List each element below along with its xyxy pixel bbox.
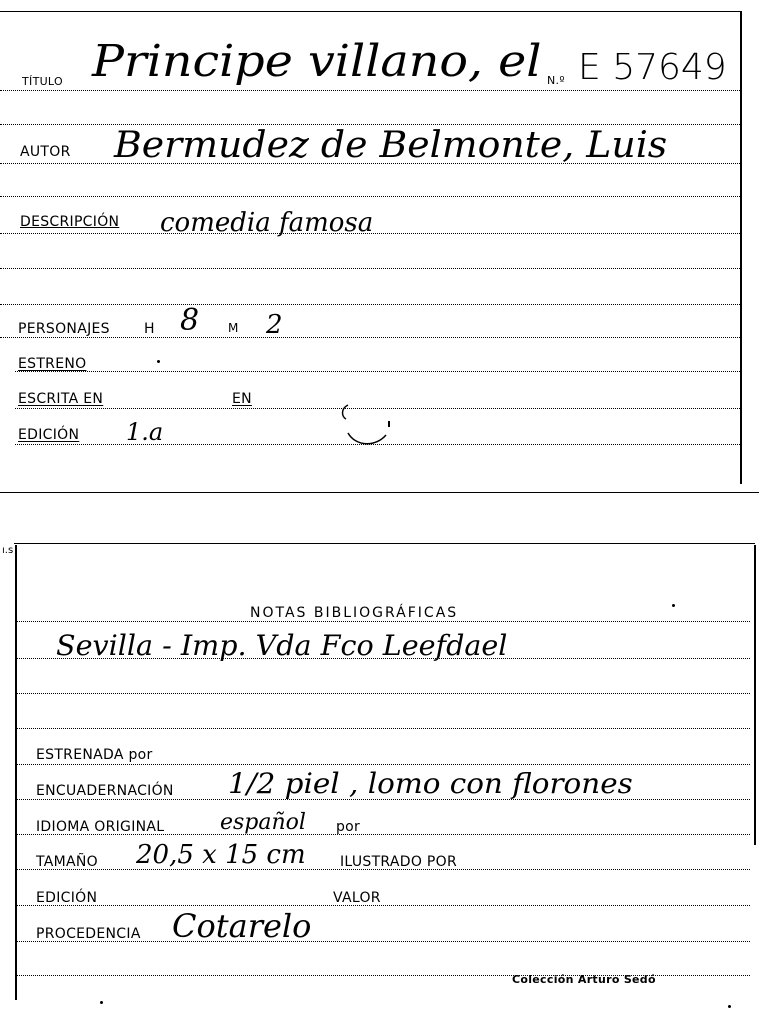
ink-speck <box>728 1005 731 1008</box>
top-card-top-border <box>0 11 742 12</box>
idioma-label: IDIOMA ORIGINAL <box>36 820 164 834</box>
rule <box>16 693 750 694</box>
bottom-card-top-border <box>14 543 755 544</box>
rule <box>0 90 740 91</box>
bottom-card-left-border <box>15 545 17 1000</box>
escrita-en-label: ESCRITA EN <box>18 392 103 406</box>
rule <box>16 621 750 622</box>
coleccion-footer: Colección Arturo Sedó <box>512 974 656 985</box>
numero-label: N.º <box>547 75 565 86</box>
ink-speck <box>157 360 160 363</box>
personajes-h-value: 8 <box>180 306 199 336</box>
encuadernacion-value: 1/2 piel , lomo con florones <box>228 770 633 798</box>
autor-label: AUTOR <box>20 145 71 159</box>
top-card-bottom-edge <box>0 492 759 493</box>
rule <box>16 905 750 906</box>
bottom-card-right-border <box>754 545 756 845</box>
procedencia-value: Cotarelo <box>172 910 311 942</box>
personajes-m-value: 2 <box>266 312 283 338</box>
rule <box>15 371 740 372</box>
ink-speck <box>672 604 675 607</box>
procedencia-label: PROCEDENCIA <box>36 927 141 941</box>
rule <box>16 764 750 765</box>
rule <box>0 304 740 305</box>
rule <box>0 196 740 197</box>
autor-value: Bermudez de Belmonte, Luis <box>114 128 667 164</box>
valor-label: VALOR <box>333 891 381 905</box>
rule <box>16 728 750 729</box>
personajes-label: PERSONAJES <box>18 322 110 336</box>
descripcion-label: DESCRIPCIÓN <box>20 215 119 229</box>
ilustrado-label: ILUSTRADO POR <box>340 855 457 869</box>
titulo-label: TÍTULO <box>22 76 63 87</box>
personajes-h-label: H <box>144 322 155 336</box>
numero-value: E 57649 <box>578 50 727 86</box>
tamano-label: TAMAÑO <box>36 855 98 869</box>
notas-value: Sevilla - Imp. Vda Fco Leefdael <box>56 632 507 660</box>
notas-heading: NOTAS BIBLIOGRÁFICAS <box>250 606 458 620</box>
personajes-m-label: M <box>228 322 239 334</box>
idioma-value: español <box>220 812 306 834</box>
idioma-por-label: por <box>336 820 360 834</box>
estreno-label: ESTRENO <box>18 357 86 371</box>
top-card-right-border <box>740 12 742 484</box>
edicion-value: 1.a <box>126 420 163 444</box>
escrita-en-en-label: EN <box>232 392 252 406</box>
corner-mark: ı.s <box>2 545 13 556</box>
rule <box>0 268 740 269</box>
edicion2-label: EDICIÓN <box>36 891 97 905</box>
estrenada-label: ESTRENADA por <box>36 748 153 762</box>
ink-speck <box>100 1001 103 1004</box>
edicion-label: EDICIÓN <box>18 428 79 442</box>
encuadernacion-label: ENCUADERNACIÓN <box>36 784 174 798</box>
titulo-value: Principe villano, el <box>92 40 541 84</box>
hole-punch-mark <box>336 395 396 455</box>
descripcion-value: comedia famosa <box>160 210 373 236</box>
rule <box>0 337 740 338</box>
tamano-value: 20,5 x 15 cm <box>136 842 306 868</box>
